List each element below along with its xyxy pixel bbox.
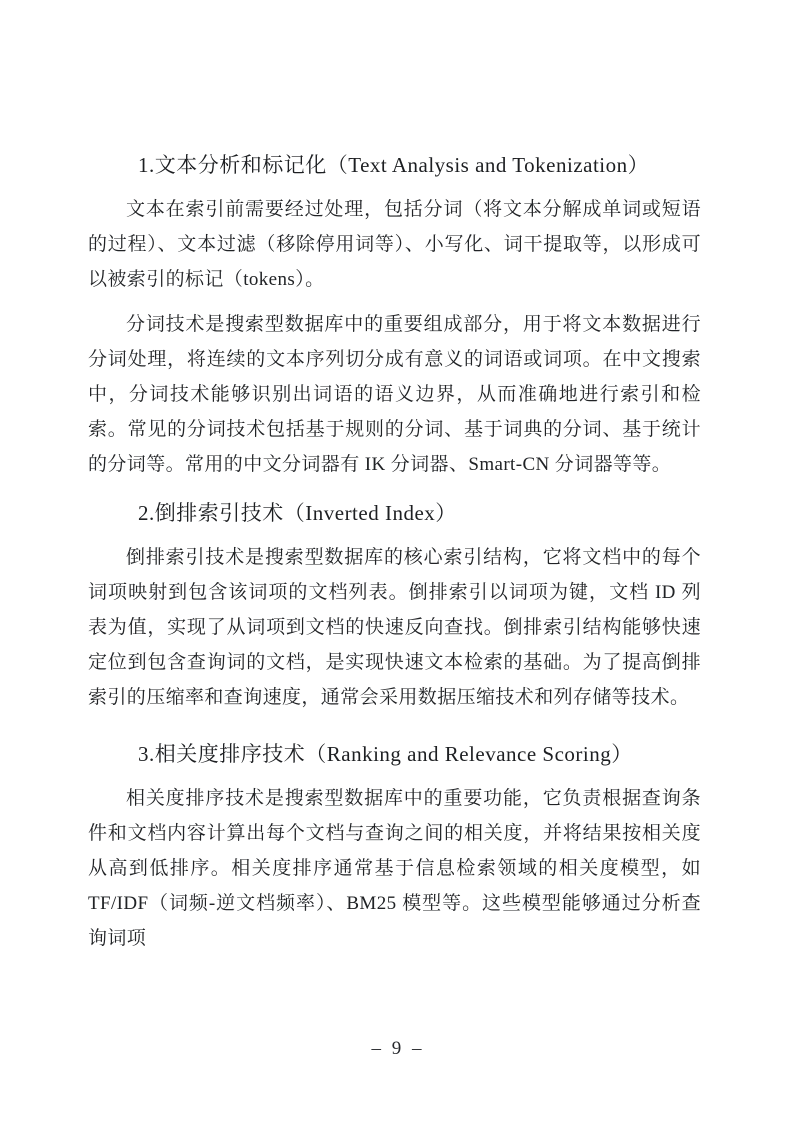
section-heading-relevance-ranking: 3.相关度排序技术（Ranking and Relevance Scoring）	[88, 737, 701, 771]
page-number: – 9 –	[0, 1038, 793, 1060]
section-heading-inverted-index: 2.倒排索引技术（Inverted Index）	[88, 496, 701, 530]
paragraph-text-preprocessing: 文本在索引前需要经过处理，包括分词（将文本分解成单词或短语的过程）、文本过滤（移…	[88, 192, 701, 297]
section-heading-text-analysis: 1.文本分析和标记化（Text Analysis and Tokenizatio…	[88, 148, 701, 182]
paragraph-word-segmentation: 分词技术是搜索型数据库中的重要组成部分，用于将文本数据进行分词处理，将连续的文本…	[88, 307, 701, 482]
paragraph-inverted-index: 倒排索引技术是搜索型数据库的核心索引结构，它将文档中的每个词项映射到包含该词项的…	[88, 540, 701, 715]
document-page: 1.文本分析和标记化（Text Analysis and Tokenizatio…	[0, 0, 793, 1122]
paragraph-relevance-ranking: 相关度排序技术是搜索型数据库中的重要功能，它负责根据查询条件和文档内容计算出每个…	[88, 781, 701, 956]
document-content: 1.文本分析和标记化（Text Analysis and Tokenizatio…	[88, 148, 701, 956]
